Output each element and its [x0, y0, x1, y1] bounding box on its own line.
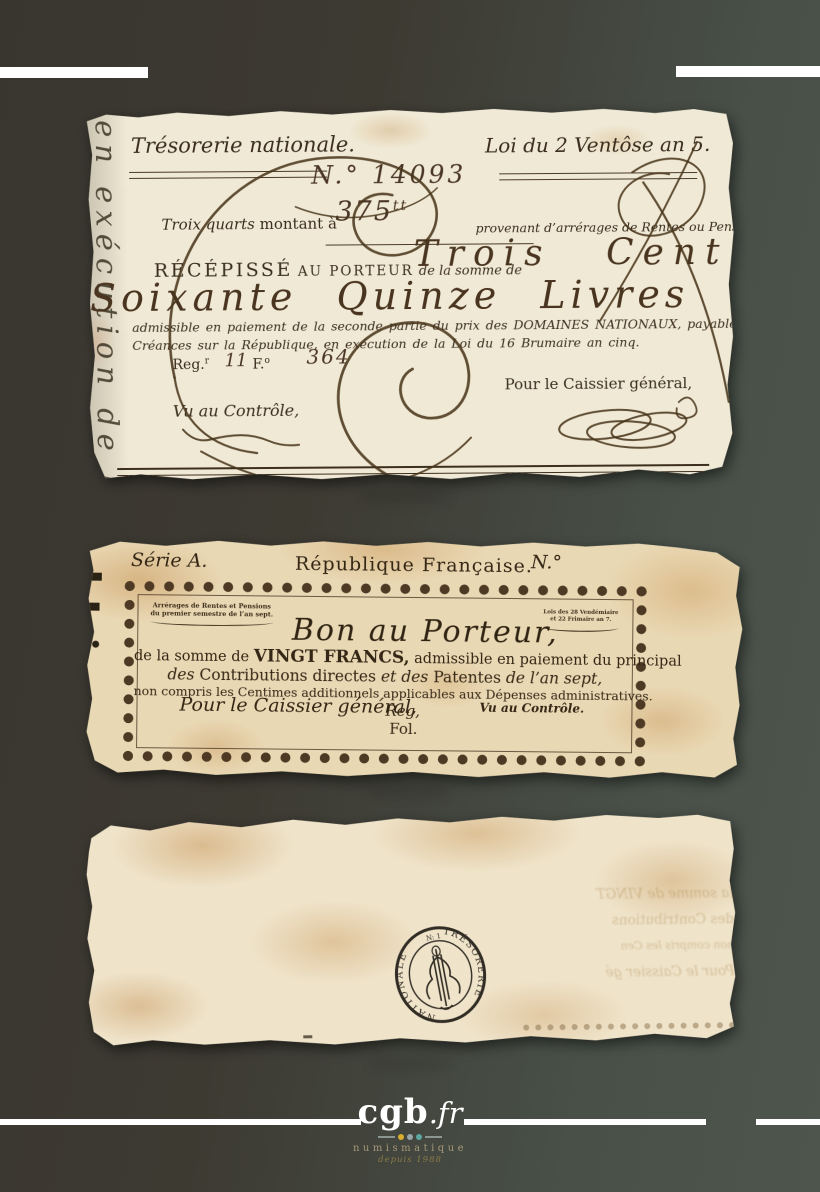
- bottom-rule: [117, 464, 709, 476]
- bon-serie: Série A.: [131, 549, 208, 572]
- binding-mark-2: [86, 603, 99, 611]
- issuer-underline: [129, 171, 327, 179]
- bon-document: Série A. République Française. N.° Arrér…: [85, 537, 743, 782]
- divider-dot-teal: [416, 1134, 422, 1140]
- show-through-text: la somme de VINGT des Contributions non …: [553, 880, 734, 986]
- catalog-page: en exécution de la L Trésorerie national…: [0, 0, 820, 1192]
- amount-words-2: Soixante Quinze Livres: [90, 272, 690, 320]
- terms-line-2: Créances sur la République, en exécution…: [132, 334, 639, 353]
- divider-dot-gray: [407, 1134, 413, 1140]
- fol-label: F.o: [252, 356, 270, 373]
- quarts-script: Troix quarts: [161, 215, 254, 234]
- controle-line: Vu au Contrôle,: [173, 401, 300, 421]
- divider-line-left: [378, 1136, 395, 1138]
- ornamental-border: Arrérages de Rentes et Pensions du premi…: [123, 581, 647, 766]
- top-right-dash: [676, 66, 820, 77]
- quarts-roman: montant à: [260, 215, 337, 234]
- bon-number-label: N.°: [531, 551, 562, 573]
- cashier-line: Pour le Caissier général,: [505, 374, 693, 393]
- fol-value: 364: [306, 344, 350, 368]
- cgb-wordmark: cgb.fr: [330, 1092, 490, 1132]
- receipt-margin-vertical-text: en exécution de la L: [89, 120, 126, 557]
- show-through-border: [523, 1022, 735, 1031]
- bon-controle: Vu au Contrôle.: [479, 701, 584, 716]
- receipt-number: N.° 14093: [311, 160, 466, 190]
- bon-fol: Fol.: [389, 720, 417, 738]
- receipt-law-line: Loi du 2 Ventôse an 5.: [485, 132, 710, 158]
- receipt-amount-figures: 375tt: [335, 196, 408, 228]
- divider-line-right: [425, 1136, 442, 1138]
- logo-since: depuis 1988: [330, 1155, 490, 1165]
- svg-text:NATIONALE: NATIONALE: [390, 945, 439, 1027]
- treasury-stamp: TRÉSORERIE NATIONALE N: 1: [390, 922, 491, 1027]
- binding-mark-1: [87, 573, 102, 581]
- bon-title: République Française.: [295, 553, 533, 577]
- bon-cashier: Pour le Caissier général,: [179, 694, 417, 718]
- reg-value: 11: [224, 350, 247, 371]
- receipt-document: en exécution de la L Trésorerie national…: [87, 106, 736, 483]
- smudge-3: [368, 1058, 452, 1071]
- smudge-2: [365, 784, 450, 798]
- binding-dot: [92, 641, 99, 648]
- divider-dot-yellow: [398, 1134, 404, 1140]
- top-left-dash: [0, 67, 148, 78]
- logo-divider-dots: [330, 1134, 490, 1140]
- receipt-issuer: Trésorerie nationale.: [131, 132, 355, 158]
- reverse-document: la somme de VINGT des Contributions non …: [85, 812, 740, 1048]
- ink-speck: [303, 1035, 312, 1038]
- receipt-quarts-line: Troix quarts montant à: [161, 215, 337, 234]
- smudge-1: [358, 489, 450, 504]
- law-underline: [499, 172, 697, 180]
- cgb-logo: cgb.fr numismatique depuis 1988: [330, 1092, 490, 1165]
- amount-words-1: Trois Cent: [414, 232, 729, 275]
- bon-reg: Reg,: [385, 702, 420, 720]
- reg-label: Reg.r: [172, 356, 209, 373]
- bottom-dash-middle: [464, 1119, 706, 1125]
- logo-tagline: numismatique: [330, 1143, 490, 1154]
- bottom-dash-left: [0, 1119, 361, 1125]
- bottom-dash-right: [756, 1119, 820, 1125]
